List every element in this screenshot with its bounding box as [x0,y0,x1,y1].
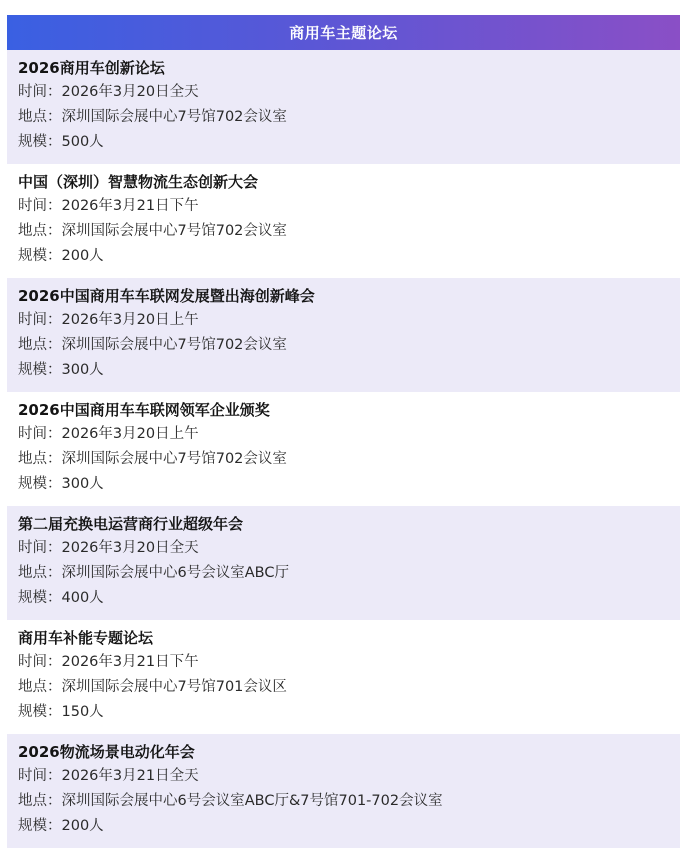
event-scale: 规模：200人 [18,816,680,841]
event-location: 地点：深圳国际会展中心7号馆702会议室 [18,449,680,474]
event-scale: 规模：300人 [18,474,680,499]
table-header: 商用车主题论坛 [7,15,680,50]
event-scale: 规模：400人 [18,588,680,613]
event-location: 地点：深圳国际会展中心7号馆701会议区 [18,677,680,702]
event-row-6: 商用车补能专题论坛 时间：2026年3月21日下午 地点：深圳国际会展中心7号馆… [7,620,680,734]
event-title: 2026物流场景电动化年会 [18,742,680,766]
event-scale: 规模：500人 [18,132,680,157]
event-title: 2026中国商用车车联网领军企业颁奖 [18,400,680,424]
event-time: 时间：2026年3月21日下午 [18,652,680,677]
event-time: 时间：2026年3月21日下午 [18,196,680,221]
event-row-4: 2026中国商用车车联网领军企业颁奖 时间：2026年3月20日上午 地点：深圳… [7,392,680,506]
event-time: 时间：2026年3月20日全天 [18,82,680,107]
event-title: 第二届充换电运营商行业超级年会 [18,514,680,538]
event-time: 时间：2026年3月20日上午 [18,310,680,335]
event-scale: 规模：200人 [18,246,680,271]
event-location: 地点：深圳国际会展中心7号馆702会议室 [18,335,680,360]
event-row-3: 2026中国商用车车联网发展暨出海创新峰会 时间：2026年3月20日上午 地点… [7,278,680,392]
event-location: 地点：深圳国际会展中心6号会议室ABC厅&7号馆701-702会议室 [18,791,680,816]
event-scale: 规模：300人 [18,360,680,385]
event-row-2: 中国（深圳）智慧物流生态创新大会 时间：2026年3月21日下午 地点：深圳国际… [7,164,680,278]
event-location: 地点：深圳国际会展中心7号馆702会议室 [18,107,680,132]
event-time: 时间：2026年3月21日全天 [18,766,680,791]
event-title: 商用车补能专题论坛 [18,628,680,652]
event-row-5: 第二届充换电运营商行业超级年会 时间：2026年3月20日全天 地点：深圳国际会… [7,506,680,620]
event-scale: 规模：150人 [18,702,680,727]
event-title: 中国（深圳）智慧物流生态创新大会 [18,172,680,196]
forum-schedule-table: 商用车主题论坛 2026商用车创新论坛 时间：2026年3月20日全天 地点：深… [7,15,680,848]
event-row-1: 2026商用车创新论坛 时间：2026年3月20日全天 地点：深圳国际会展中心7… [7,50,680,164]
event-time: 时间：2026年3月20日全天 [18,538,680,563]
event-time: 时间：2026年3月20日上午 [18,424,680,449]
header-title: 商用车主题论坛 [289,22,398,43]
event-location: 地点：深圳国际会展中心7号馆702会议室 [18,221,680,246]
event-row-7: 2026物流场景电动化年会 时间：2026年3月21日全天 地点：深圳国际会展中… [7,734,680,848]
event-title: 2026中国商用车车联网发展暨出海创新峰会 [18,286,680,310]
event-title: 2026商用车创新论坛 [18,58,680,82]
event-location: 地点：深圳国际会展中心6号会议室ABC厅 [18,563,680,588]
